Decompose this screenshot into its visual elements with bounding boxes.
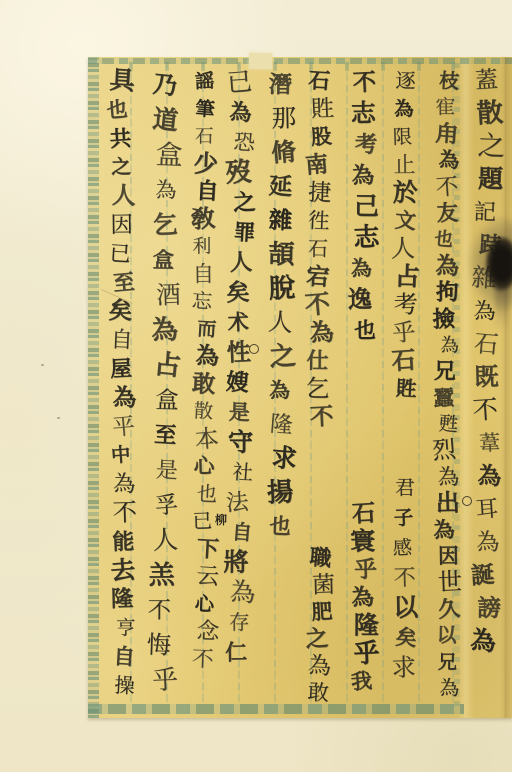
text-column-8: 謡筆石少自敎利自忘而為敢散本心也已下云心念不 <box>184 68 225 673</box>
manuscript-scan: 蓋散之題記跱雜為石既不葦為耳為誕謗為枝寉甪為不友也為拘撿為兄蠶甦烈為出為因世久以… <box>0 0 512 772</box>
text-column-10: 具也共之人因已至矣自屋為平中為不能去隆亨自操 <box>100 68 144 702</box>
text-column-3: 君子感不以矣求 <box>385 474 427 684</box>
text-column-5: 職菌肥之為敢 <box>299 545 341 707</box>
interlinear-correction: 柳 <box>215 511 227 528</box>
paper-speck <box>41 364 44 366</box>
paper-speck <box>57 417 60 419</box>
ink-blot-smear <box>495 288 509 330</box>
frame-border-left <box>88 57 99 718</box>
text-column-5: 石貹股南捷徃石宕不為仕乞不 <box>299 68 341 432</box>
punctuation-circle <box>462 496 472 506</box>
text-column-1: 蓋散之題記跱雜為石既不葦為耳為誕謗為 <box>466 64 509 658</box>
frame-border-top <box>88 58 512 64</box>
text-column-7: 已為恐歿之罪人矣术性嫂是守社法自將為存仁 <box>218 68 262 668</box>
frame-border-bottom <box>88 704 464 714</box>
text-column-4: 石寰乎為隆乎我 <box>343 500 383 696</box>
punctuation-circle <box>249 344 259 354</box>
text-column-3: 逐為限止於文人占考乎石貹 <box>386 68 427 404</box>
text-column-9: 乃道盒為乞盒酒為占盒至是孚人羔不悔乎 <box>142 68 188 698</box>
text-column-4: 不志考為己志為逸也 <box>342 68 384 347</box>
ink-blot-core <box>486 237 512 291</box>
text-column-2: 枝寉甪為不友也為拘撿為兄蠶甦烈為出為因世久以兄為 <box>425 68 467 701</box>
text-column-6: 潛那脩延雜頡脫人之為隆求揚也 <box>260 68 302 544</box>
